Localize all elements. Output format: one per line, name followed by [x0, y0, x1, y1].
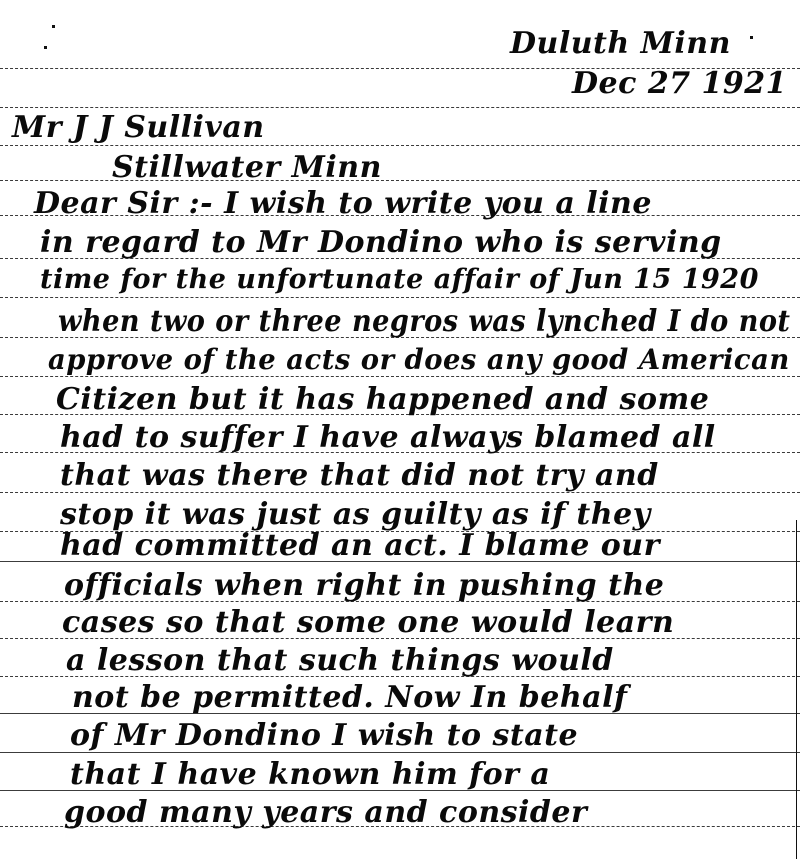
ruled-line: [0, 297, 800, 298]
body-line: not be permitted. Now In behalf: [72, 680, 627, 715]
body-line: a lesson that such things would: [66, 643, 614, 678]
body-line: had committed an act. I blame our: [60, 528, 660, 563]
letter-place: Duluth Minn: [510, 26, 731, 61]
body-line: stop it was just as guilty as if they: [60, 497, 651, 532]
body-line: time for the unfortunate affair of Jun 1…: [40, 264, 759, 295]
body-line: approve of the acts or does any good Ame…: [48, 343, 790, 376]
body-line: that was there that did not try and: [60, 458, 659, 493]
body-line: that I have known him for a: [70, 757, 550, 792]
addressee-name: Mr J J Sullivan: [12, 110, 265, 145]
body-line: officials when right in pushing the: [64, 568, 664, 603]
page-edge-line: [796, 520, 797, 859]
body-line: cases so that some one would learn: [62, 605, 674, 640]
body-line: in regard to Mr Dondino who is serving: [40, 225, 722, 260]
scan-speck: [750, 36, 753, 39]
ruled-line: [0, 376, 800, 377]
body-line: had to suffer I have always blamed all: [60, 420, 716, 455]
ruled-line: [0, 145, 800, 146]
body-line: of Mr Dondino I wish to state: [70, 718, 578, 753]
body-line: good many years and consider: [64, 795, 587, 830]
letter-page: Duluth Minn Dec 27 1921 Mr J J Sullivan …: [0, 0, 800, 859]
body-line: Citizen but it has happened and some: [56, 382, 709, 417]
scan-speck: [52, 25, 55, 28]
body-line: Dear Sir :- I wish to write you a line: [34, 186, 652, 221]
addressee-location: Stillwater Minn: [112, 150, 382, 185]
body-line: when two or three negros was lynched I d…: [58, 304, 790, 339]
letter-date: Dec 27 1921: [572, 66, 787, 101]
ruled-line: [0, 107, 800, 108]
scan-speck: [44, 46, 47, 49]
